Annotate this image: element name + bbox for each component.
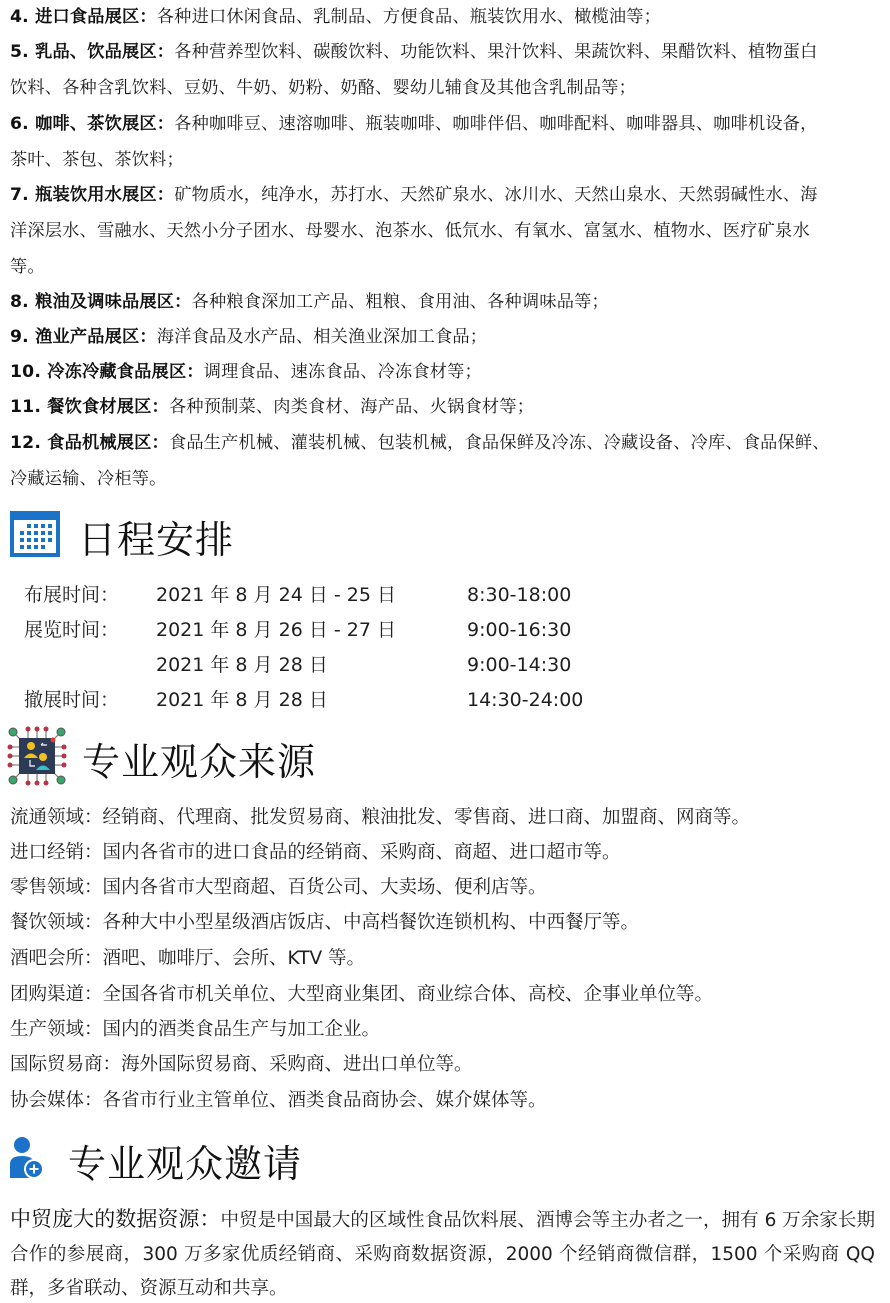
zone-item-7-cont: 洋深层水、雪融水、天然小分子团水、母婴水、泡茶水、低氘水、有氧水、富氢水、植物水…: [10, 214, 810, 248]
schedule-title: 日程安排: [78, 509, 234, 564]
audience-invite-title: 专业观众邀请: [68, 1133, 302, 1188]
add-user-icon: [10, 1136, 46, 1184]
zone-item-8: 8. 粮油及调味品展区：各种粮食深加工产品、粗粮、食用油、各种调味品等；: [10, 285, 609, 319]
audience-source-item: 生产领域：国内的酒类食品生产与加工企业。: [10, 1015, 380, 1045]
audience-invite-heading: 专业观众邀请: [10, 1130, 302, 1190]
audience-source-item: 餐饮领域：各种大中小型星级酒店饭店、中高档餐饮连锁机构、中西餐厅等。: [10, 908, 639, 938]
network-people-icon: [6, 725, 68, 791]
zone-item-9: 9. 渔业产品展区：海洋食品及水产品、相关渔业深加工食品；: [10, 320, 487, 354]
schedule-row: 2021 年 8 月 28 日 9:00-14:30: [24, 650, 624, 680]
zone-item-11: 11. 餐饮食材展区：各种预制菜、肉类食材、海产品、火锅食材等；: [10, 390, 534, 424]
zone-item-6-cont: 茶叶、茶包、茶饮料；: [10, 143, 184, 177]
zone-item-10: 10. 冷冻冷藏食品展区：调理食品、速冻食品、冷冻食材等；: [10, 355, 482, 389]
audience-source-item: 协会媒体：各省市行业主管单位、酒类食品商协会、媒介媒体等。: [10, 1086, 547, 1116]
zone-item-5-cont: 饮料、各种含乳饮料、豆奶、牛奶、奶粉、奶酪、婴幼儿辅食及其他含乳制品等；: [10, 71, 636, 105]
zone-item-4: 4. 进口食品展区：各种进口休闲食品、乳制品、方便食品、瓶装饮用水、橄榄油等；: [10, 0, 661, 34]
audience-source-item: 进口经销：国内各省市的进口食品的经销商、采购商、商超、进口超市等。: [10, 838, 621, 868]
audience-source-heading: 专业观众来源: [6, 728, 316, 788]
zone-item-12: 12. 食品机械展区：食品生产机械、灌装机械、包装机械，食品保鲜及冷冻、冷藏设备…: [10, 426, 830, 460]
audience-source-item: 流通领域：经销商、代理商、批发贸易商、粮油批发、零售商、进口商、加盟商、网商等。: [10, 803, 750, 833]
invite-lead: 中贸庞大的数据资源：: [10, 1207, 221, 1231]
schedule-row: 撤展时间： 2021 年 8 月 28 日 14:30-24:00: [24, 685, 624, 715]
zone-item-12-cont: 冷藏运输、冷柜等。: [10, 462, 167, 496]
schedule-row: 布展时间： 2021 年 8 月 24 日 - 25 日 8:30-18:00: [24, 580, 624, 610]
zone-item-7: 7. 瓶装饮用水展区：矿物质水，纯净水，苏打水、天然矿泉水、冰川水、天然山泉水、…: [10, 178, 818, 212]
audience-source-item: 零售领域：国内各省市大型商超、百货公司、大卖场、便利店等。: [10, 873, 547, 903]
audience-source-item: 团购渠道：全国各省市机关单位、大型商业集团、商业综合体、高校、企事业单位等。: [10, 980, 713, 1010]
audience-source-title: 专业观众来源: [82, 731, 316, 786]
zone-item-6: 6. 咖啡、茶饮展区：各种咖啡豆、速溶咖啡、瓶装咖啡、咖啡伴侣、咖啡配料、咖啡器…: [10, 107, 818, 141]
audience-invite-paragraph: 中贸庞大的数据资源：中贸是中国最大的区域性食品饮料展、酒博会等主办者之一，拥有 …: [10, 1202, 875, 1303]
schedule-heading: 日程安排: [10, 506, 234, 566]
zone-item-5: 5. 乳品、饮品展区：各种营养型饮料、碳酸饮料、功能饮料、果汁饮料、果蔬饮料、果…: [10, 35, 818, 69]
zone-item-7-cont2: 等。: [10, 250, 45, 284]
audience-source-item: 酒吧会所：酒吧、咖啡厅、会所、KTV 等。: [10, 944, 365, 974]
schedule-row: 展览时间： 2021 年 8 月 26 日 - 27 日 9:00-16:30: [24, 615, 624, 645]
calendar-icon: [10, 511, 60, 561]
audience-source-item: 国际贸易商：海外国际贸易商、采购商、进出口单位等。: [10, 1050, 473, 1080]
